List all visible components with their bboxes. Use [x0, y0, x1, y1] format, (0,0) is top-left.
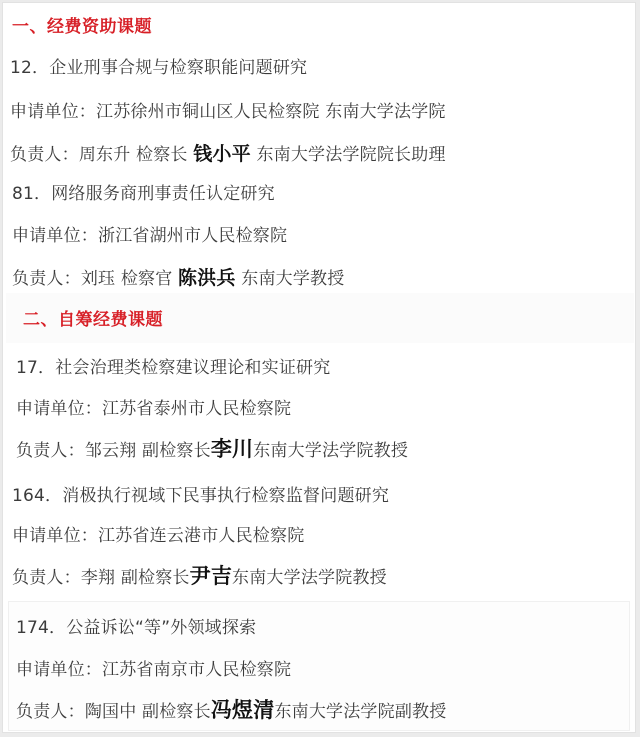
leader-suffix: 东南大学法学院教授 [232, 568, 387, 588]
item-topic: 17．社会治理类检察建议理论和实证研究 [16, 353, 330, 378]
item-number: 174． [16, 618, 66, 638]
leader-suffix: 东南大学法学院副教授 [274, 702, 446, 722]
applicant-value: 江苏徐州市铜山区人民检察院 东南大学法学院 [96, 102, 446, 122]
item-leader: 负责人：周东升 检察长 钱小平 东南大学法学院院长助理 [10, 139, 446, 166]
leader-suffix: 东南大学教授 [236, 269, 345, 289]
leader-prefix: 周东升 检察长 [79, 145, 193, 165]
leader-bold-name: 陈洪兵 [178, 267, 236, 289]
item-topic-text: 公益诉讼“等”外领域探索 [66, 618, 256, 638]
leader-prefix: 邹云翔 副检察长 [85, 441, 211, 461]
item-leader: 负责人：刘珏 检察官 陈洪兵 东南大学教授 [12, 263, 344, 290]
item-applicant: 申请单位：江苏省泰州市人民检察院 [16, 394, 291, 419]
applicant-label: 申请单位： [12, 226, 98, 246]
leader-suffix: 东南大学法学院教授 [253, 441, 408, 461]
applicant-label: 申请单位： [10, 102, 96, 122]
leader-label: 负责人： [12, 269, 81, 289]
section-title-self-funded: 二、自筹经费课题 [23, 305, 163, 330]
applicant-value: 浙江省湖州市人民检察院 [98, 226, 287, 246]
item-topic-text: 社会治理类检察建议理论和实证研究 [55, 358, 330, 378]
item-number: 81． [12, 184, 51, 204]
leader-prefix: 刘珏 检察官 [81, 269, 178, 289]
applicant-value: 江苏省南京市人民检察院 [102, 660, 291, 680]
leader-label: 负责人： [16, 441, 85, 461]
section-title-funded: 一、经费资助课题 [12, 12, 152, 37]
item-leader: 负责人：陶国中 副检察长冯煜清东南大学法学院副教授 [16, 694, 446, 724]
item-leader: 负责人：李翔 副检察长尹吉东南大学法学院教授 [12, 560, 387, 590]
item-applicant: 申请单位：江苏省南京市人民检察院 [16, 655, 291, 680]
applicant-label: 申请单位： [16, 660, 102, 680]
leader-label: 负责人： [12, 568, 81, 588]
item-topic: 164．消极执行视域下民事执行检察监督问题研究 [12, 481, 389, 506]
item-number: 17． [16, 358, 55, 378]
item-applicant: 申请单位：浙江省湖州市人民检察院 [12, 221, 287, 246]
applicant-label: 申请单位： [12, 526, 98, 546]
leader-bold-name: 钱小平 [193, 143, 251, 165]
document-page: 一、经费资助课题 12．企业刑事合规与检察职能问题研究 申请单位：江苏徐州市铜山… [2, 2, 636, 733]
leader-prefix: 李翔 副检察长 [81, 568, 190, 588]
applicant-value: 江苏省泰州市人民检察院 [102, 399, 291, 419]
applicant-value: 江苏省连云港市人民检察院 [98, 526, 304, 546]
leader-bold-name: 尹吉 [190, 564, 232, 588]
applicant-label: 申请单位： [16, 399, 102, 419]
item-applicant: 申请单位：江苏徐州市铜山区人民检察院 东南大学法学院 [10, 97, 446, 122]
item-number: 12． [10, 58, 49, 78]
leader-bold-name: 冯煜清 [211, 698, 275, 722]
item-topic-text: 企业刑事合规与检察职能问题研究 [49, 58, 307, 78]
item-topic-text: 消极执行视域下民事执行检察监督问题研究 [62, 486, 389, 506]
leader-label: 负责人： [10, 145, 79, 165]
item-topic: 174．公益诉讼“等”外领域探索 [16, 613, 256, 638]
leader-prefix: 陶国中 副检察长 [85, 702, 211, 722]
item-topic-text: 网络服务商刑事责任认定研究 [51, 184, 275, 204]
item-applicant: 申请单位：江苏省连云港市人民检察院 [12, 521, 304, 546]
leader-bold-name: 李川 [211, 437, 253, 461]
item-topic: 12．企业刑事合规与检察职能问题研究 [10, 53, 307, 78]
leader-suffix: 东南大学法学院院长助理 [251, 145, 446, 165]
item-leader: 负责人：邹云翔 副检察长李川东南大学法学院教授 [16, 433, 408, 463]
item-topic: 81．网络服务商刑事责任认定研究 [12, 179, 275, 204]
item-number: 164． [12, 486, 62, 506]
leader-label: 负责人： [16, 702, 85, 722]
